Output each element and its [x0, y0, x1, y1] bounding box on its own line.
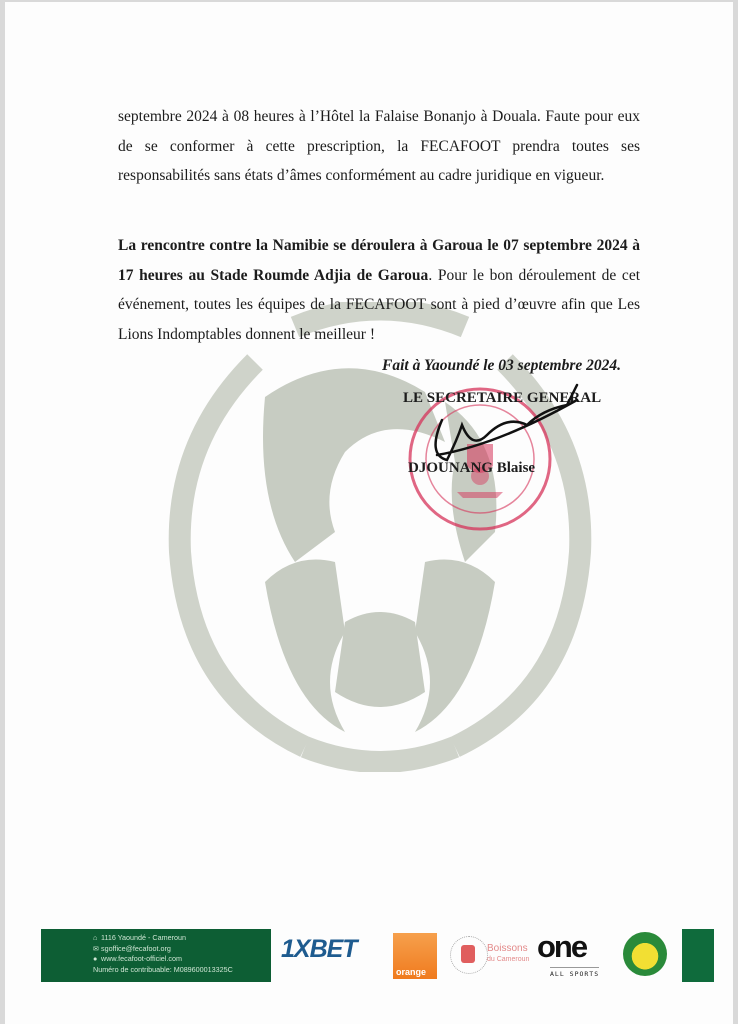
boissons-seal-icon	[450, 936, 488, 974]
contact-email[interactable]: ✉sgoffice@fecafoot.org	[93, 944, 271, 955]
contact-website[interactable]: ●www.fecafoot-officiel.com	[93, 954, 271, 965]
contact-block: ⌂1116 Yaoundé - Cameroun ✉sgoffice@fecaf…	[41, 929, 271, 982]
sponsor-one-logo: one	[537, 929, 586, 965]
sponsor-one-subtitle: ALL SPORTS	[550, 967, 599, 978]
contact-tax-id: Numéro de contribuable: M089600013325C	[93, 965, 271, 976]
sponsor-orange-logo: orange	[393, 933, 437, 979]
paragraph-match-info: La rencontre contre la Namibie se déroul…	[118, 231, 640, 349]
contact-address: ⌂1116 Yaoundé - Cameroun	[93, 933, 271, 944]
globe-icon: ●	[93, 954, 101, 965]
place-date: Fait à Yaoundé le 03 septembre 2024.	[382, 357, 621, 375]
fecafoot-lion-logo-icon	[623, 932, 667, 976]
home-icon: ⌂	[93, 933, 101, 944]
sponsor-1xbet-logo: 1XBET	[281, 935, 357, 964]
signature-icon	[417, 380, 597, 470]
signatory-name: DJOUNANG Blaise	[408, 460, 535, 477]
mail-icon: ✉	[93, 944, 101, 955]
footer-bar: ⌂1116 Yaoundé - Cameroun ✉sgoffice@fecaf…	[5, 929, 733, 984]
green-flag-block	[682, 929, 714, 982]
paragraph-convocation: septembre 2024 à 08 heures à l’Hôtel la …	[118, 102, 640, 191]
letter-page: septembre 2024 à 08 heures à l’Hôtel la …	[5, 2, 733, 1024]
sponsor-boissons-logo: Boissons du Cameroun	[450, 933, 530, 979]
